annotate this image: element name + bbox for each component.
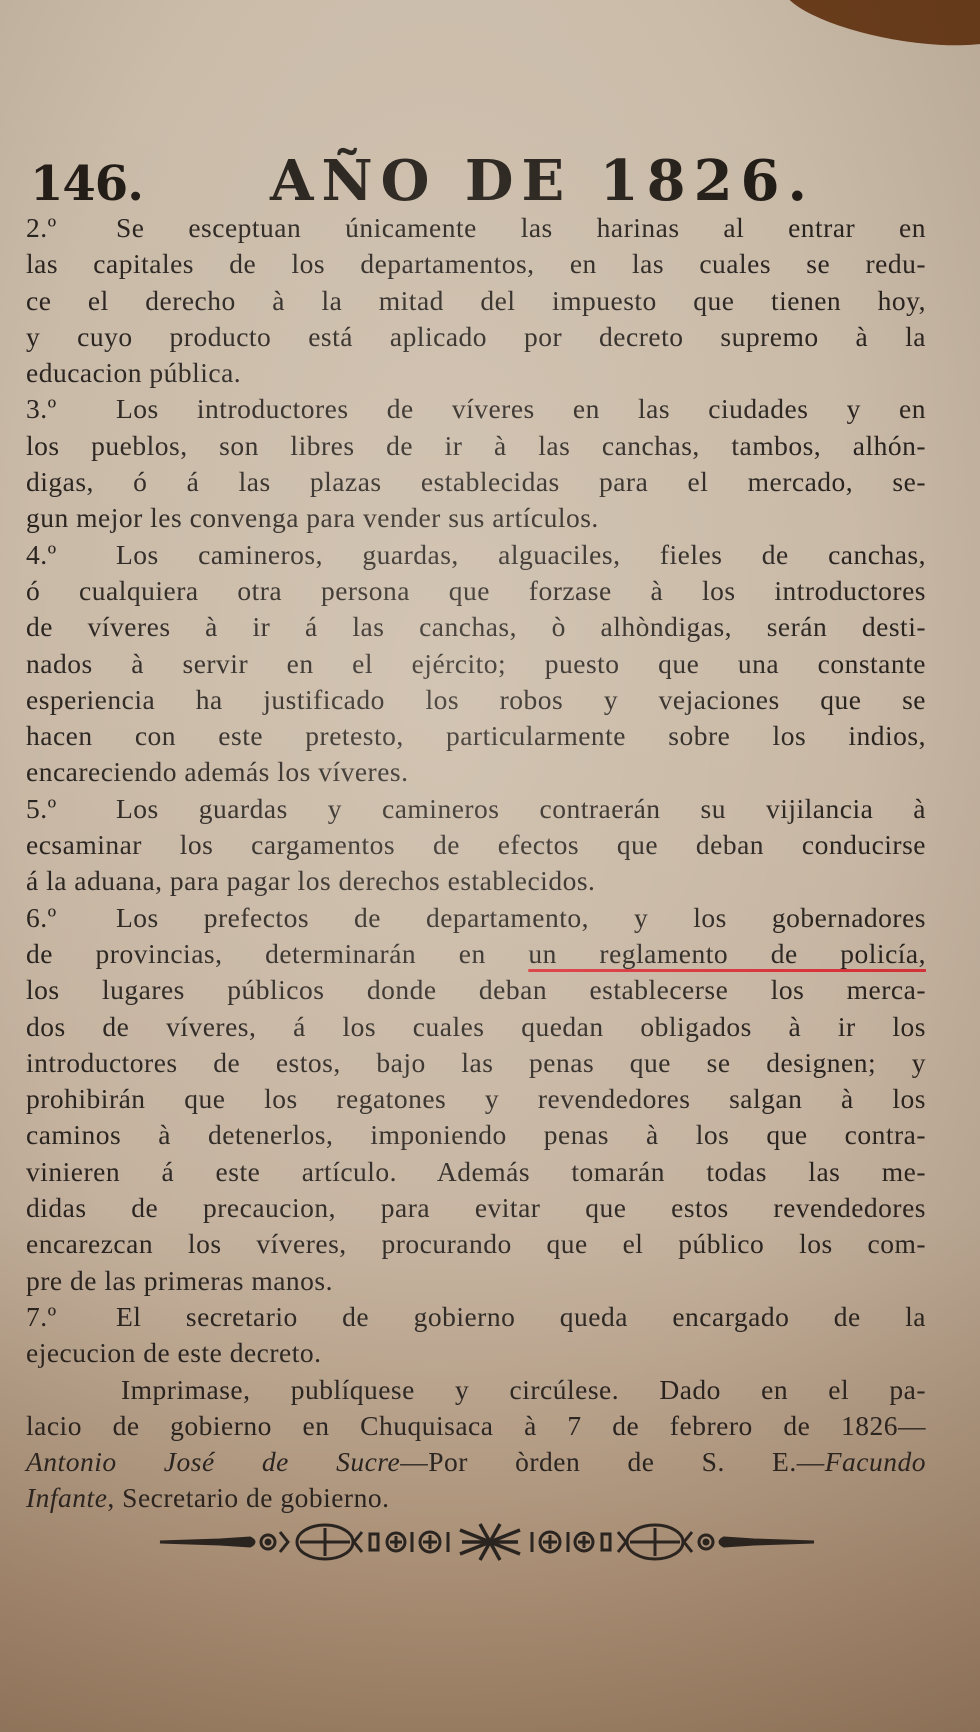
running-title: AÑO DE 1826. (270, 148, 815, 214)
article-number: 7.º (26, 1299, 116, 1335)
article-number: 5.º (26, 791, 116, 827)
text-line: de provincias, determinarán en un reglam… (26, 936, 926, 972)
ornament-divider-icon (150, 1518, 830, 1564)
text-line: vinieren á este artículo. Además tomarán… (26, 1154, 926, 1190)
page-edge-shadow (776, 0, 980, 60)
text-line: educacion pública. (26, 355, 926, 391)
page-header: 146. AÑO DE 1826. (30, 148, 930, 218)
signer-sucre: Antonio José de Sucre (26, 1446, 400, 1477)
text-line: los pueblos, son libres de ir à las canc… (26, 428, 926, 464)
text-line: de víveres à ir á las canchas, ò alhòndi… (26, 609, 926, 645)
page-number: 146. (30, 156, 143, 212)
decree-body: 2.ºSe escеptuan únicamente las harinas a… (26, 210, 926, 1517)
article-5: 5.ºLos guardas y camineros contraerán su… (26, 791, 926, 827)
text-line: hacen con este pretesto, particularmente… (26, 718, 926, 754)
closing-line: Imprimase, publíquese y circúlese. Dado … (26, 1372, 926, 1408)
article-number: 6.º (26, 900, 116, 936)
signer-infante-last: Infante (26, 1482, 107, 1513)
text-line: ecsaminar los cargamentos de efectos que… (26, 827, 926, 863)
article-4: 4.ºLos camineros, guardas, alguaciles, f… (26, 537, 926, 573)
article-3: 3.ºLos introductores de víveres en las c… (26, 391, 926, 427)
text-line: gun mejor les convenga para vender sus a… (26, 500, 926, 536)
text-line: y cuyo producto está aplicado por decret… (26, 319, 926, 355)
signature-line: Infante, Secretario de gobierno. (26, 1480, 926, 1516)
text-line: las capitales de los departamentos, en l… (26, 246, 926, 282)
text-line: encareciendo además los víveres. (26, 754, 926, 790)
text-line: á la aduana, para pagar los derechos est… (26, 863, 926, 899)
text-line: ce el derecho à la mitad del impuesto qu… (26, 283, 926, 319)
article-number: 2.º (26, 210, 116, 246)
closing-line: lacio de gobierno en Chuquisaca à 7 de f… (26, 1408, 926, 1444)
text-line: introductores de estos, bajo las penas q… (26, 1045, 926, 1081)
text-line: digas, ó á las plazas establecidas para … (26, 464, 926, 500)
text-line: ejecucion de este decreto. (26, 1335, 926, 1371)
text-line: didas de precaucion, para evitar que est… (26, 1190, 926, 1226)
text-line: esperiencia ha justificado los robos y v… (26, 682, 926, 718)
signature-line: Antonio José de Sucre—Por òrden de S. E.… (26, 1444, 926, 1480)
article-2: 2.ºSe escеptuan únicamente las harinas a… (26, 210, 926, 246)
signer-infante-first: Facundo (825, 1446, 926, 1477)
article-7: 7.ºEl secretario de gobierno queda encar… (26, 1299, 926, 1335)
article-6: 6.ºLos prefectos de departamento, y los … (26, 900, 926, 936)
article-number: 4.º (26, 537, 116, 573)
text-line: caminos à detenerlos, imponiendo penas à… (26, 1117, 926, 1153)
text-line: los lugares públicos donde deban estable… (26, 972, 926, 1008)
text-line: encarezcan los víveres, procurando que e… (26, 1226, 926, 1262)
text-line: nados à servir en el ejército; puesto qu… (26, 646, 926, 682)
article-number: 3.º (26, 391, 116, 427)
text-line: prohibirán que los regatones y revendedo… (26, 1081, 926, 1117)
red-underline-annotation: un reglamento de policía, (528, 938, 926, 969)
text-line: dos de víveres, á los cuales quedan obli… (26, 1009, 926, 1045)
text-line: ó cualquiera otra persona que forzase à … (26, 573, 926, 609)
text-line: pre de las primeras manos. (26, 1263, 926, 1299)
